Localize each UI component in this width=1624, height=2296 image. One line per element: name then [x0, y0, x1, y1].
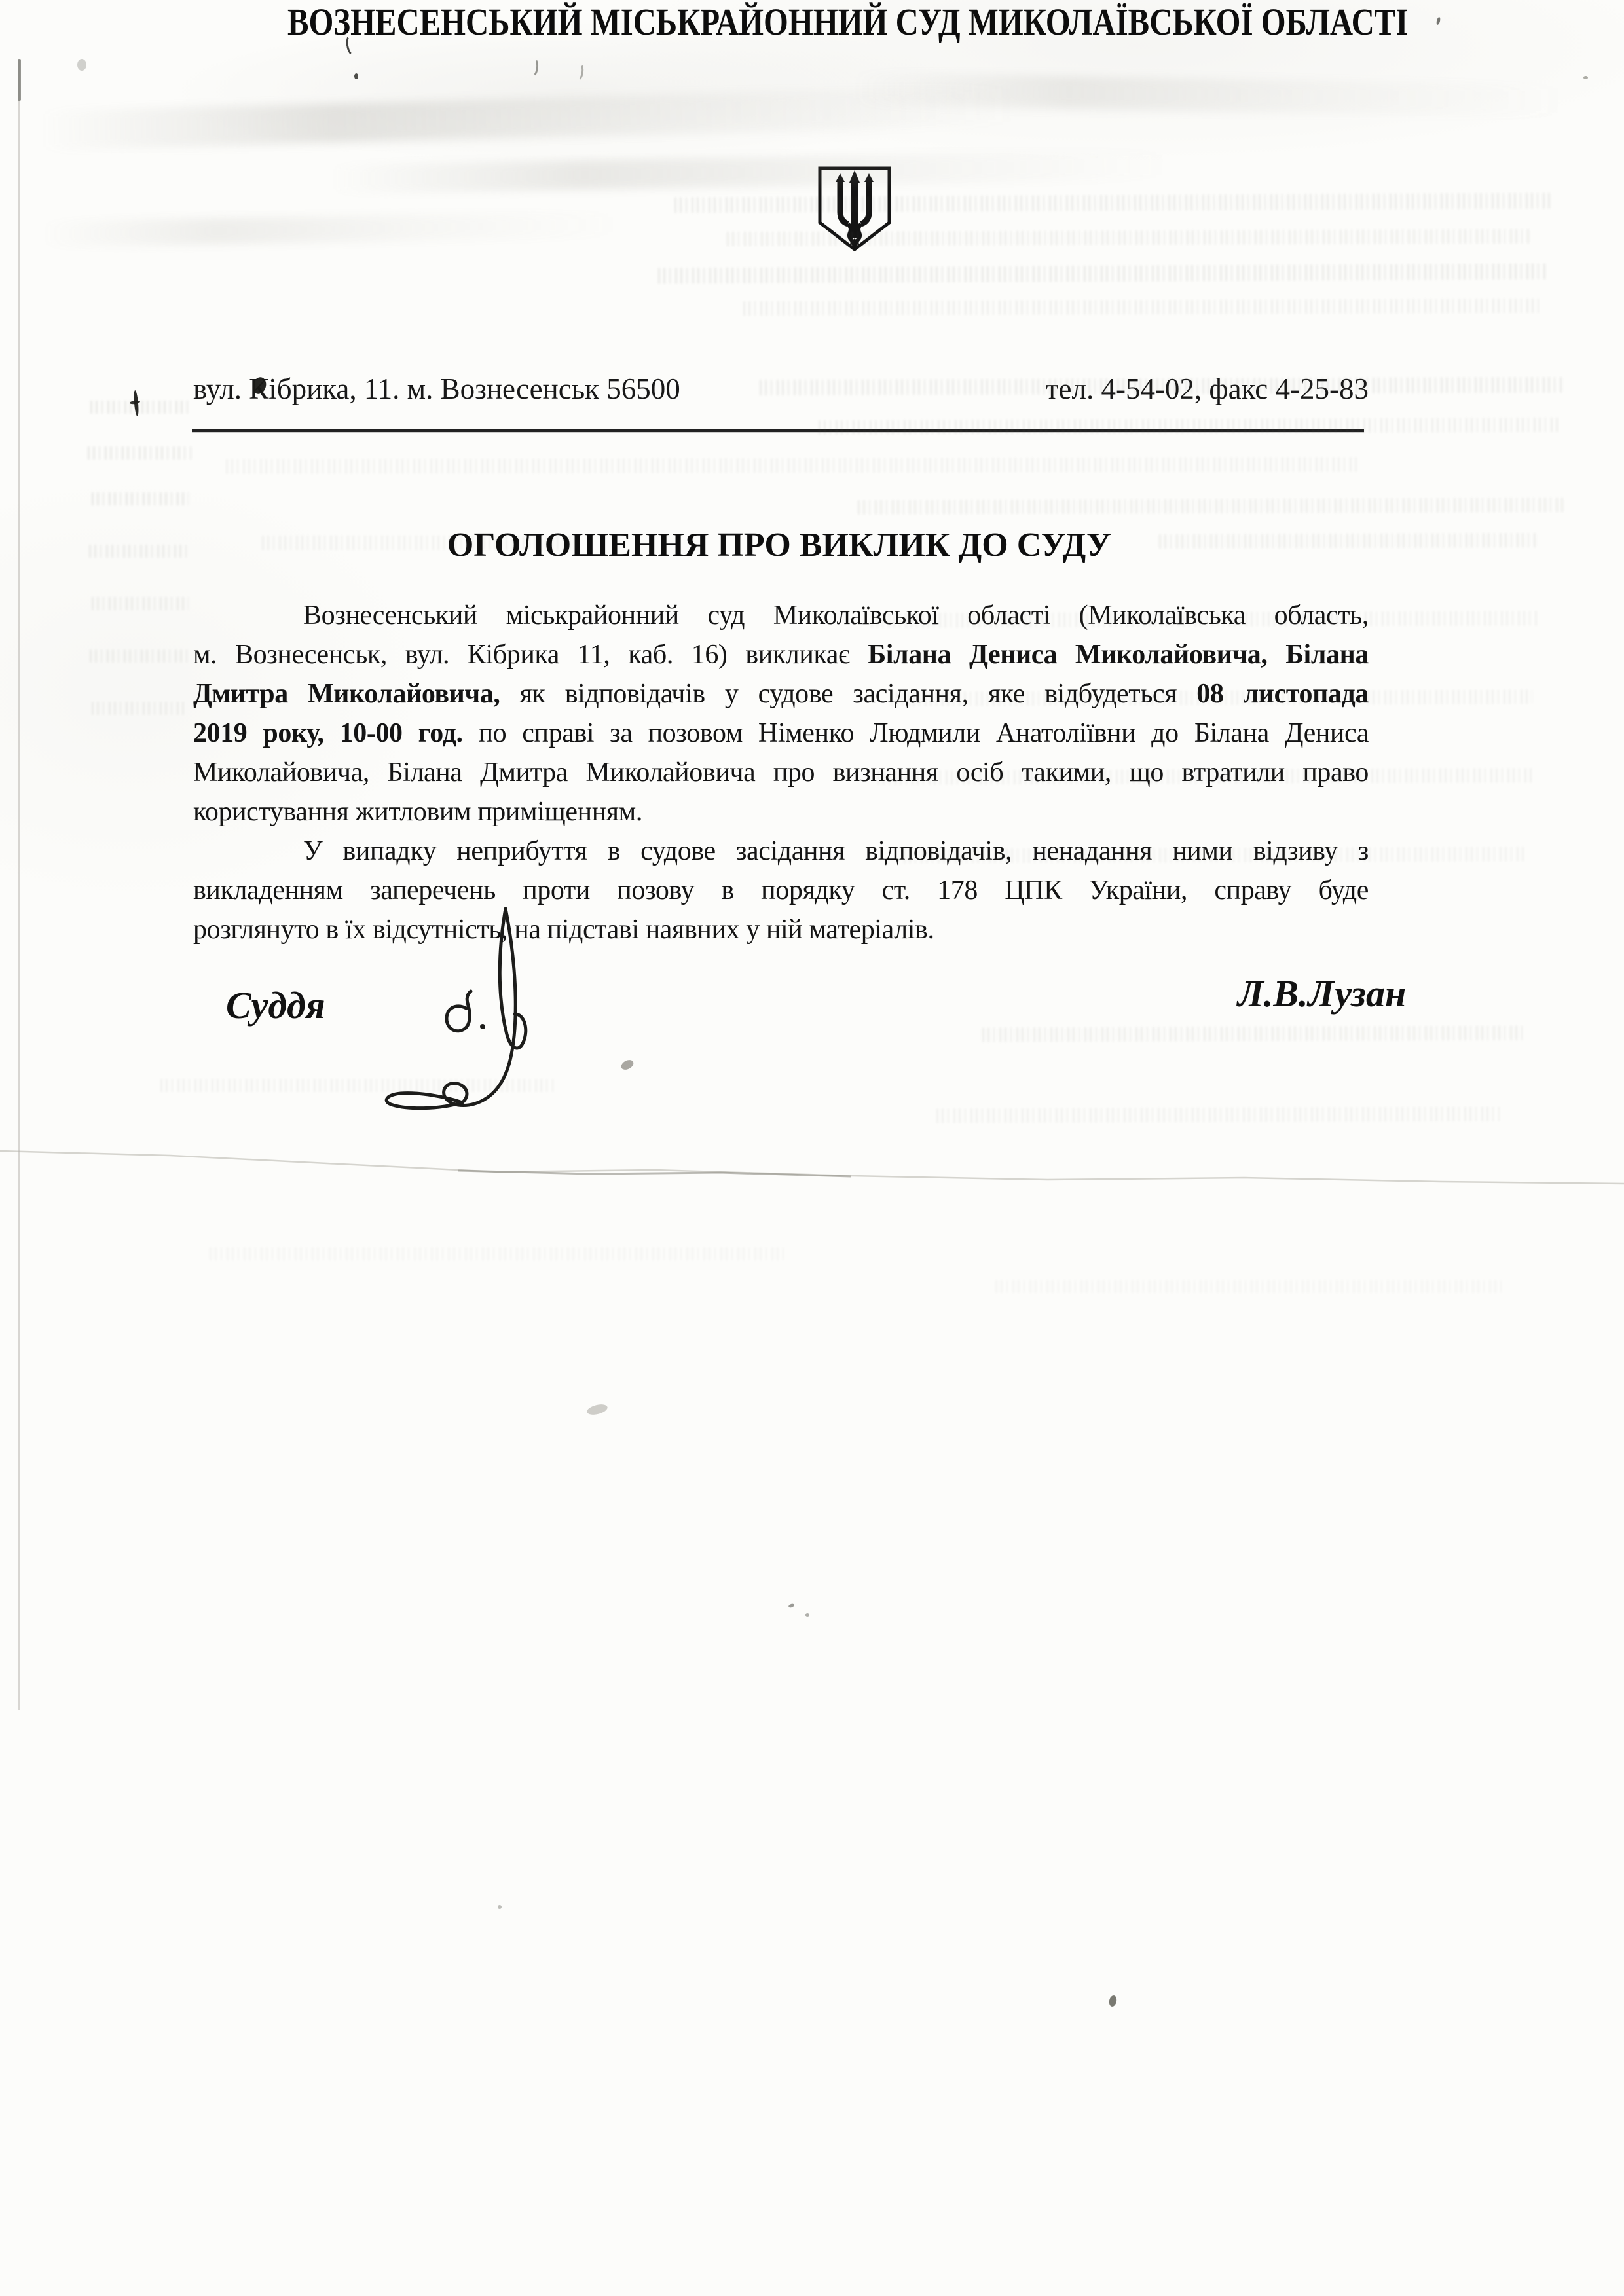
scan-smudge-band [39, 85, 1022, 150]
bleed-through-artifact [210, 1247, 786, 1260]
scan-speck [805, 1613, 809, 1617]
scanned-court-summons-page: ВОЗНЕСЕНСЬКИЙ МІСЬКРАЙОННИЙ СУД МИКОЛАЇВ… [0, 0, 1624, 2296]
body-run: Вознесенський міськрайонний суд Миколаїв… [303, 600, 1369, 630]
body-run-bold: 08 листопада [1196, 679, 1369, 709]
body-run-bold: Білана Дениса Миколайовича, Білана [868, 640, 1369, 670]
judge-role-label: Суддя [226, 983, 325, 1027]
body-run-bold: 2019 року, 10-00 год. [193, 718, 463, 748]
scan-smudge-band [327, 150, 1179, 194]
body-line: викладенням заперечень проти позову в по… [193, 871, 1369, 910]
bleed-through-artifact [92, 492, 189, 505]
scanner-edge-mark [18, 59, 21, 101]
court-contacts-row: вул. Кібрика, 11. м. Вознесенськ 56500 т… [193, 372, 1369, 406]
judge-name: Л.В.Лузан [1238, 972, 1406, 1015]
bleed-through-artifact [88, 446, 191, 460]
scan-scratch-line [0, 1151, 1624, 1184]
body-run: викладенням заперечень проти позову в по… [193, 875, 1369, 905]
scanner-edge-line [18, 60, 20, 1710]
scan-speck [572, 62, 585, 82]
scan-smudge-band [39, 211, 629, 247]
body-run: У випадку неприбуття в судове засідання … [303, 836, 1369, 866]
court-phone-fax: тел. 4-54-02, факс 4-25-83 [1046, 372, 1369, 406]
bleed-through-artifact [936, 1106, 1500, 1123]
scan-speck [788, 1603, 794, 1609]
scan-overlay-layer [0, 0, 1624, 2296]
scan-speck [1108, 1995, 1117, 2007]
bleed-through-artifact [658, 263, 1549, 283]
body-run-bold: Дмитра Миколайовича, [193, 679, 500, 709]
bleed-through-artifact [92, 597, 189, 610]
court-name-header: ВОЗНЕСЕНСЬКИЙ МІСЬКРАЙОННИЙ СУД МИКОЛАЇВ… [36, 0, 1624, 44]
body-line: Вознесенський міськрайонний суд Миколаїв… [193, 596, 1369, 635]
document-title: ОГОЛОШЕННЯ ПРО ВИКЛИК ДО СУДУ [0, 526, 1591, 564]
body-run: користування житловим приміщенням. [193, 797, 642, 827]
court-name-text: ВОЗНЕСЕНСЬКИЙ МІСЬКРАЙОННИЙ СУД МИКОЛАЇВ… [287, 0, 1408, 44]
scan-smudge-band [851, 72, 1572, 117]
bleed-through-artifact [674, 192, 1552, 213]
bleed-through-artifact [995, 1280, 1506, 1293]
bleed-through-artifact [858, 498, 1565, 515]
body-line: м. Вознесенськ, вул. Кібрика 11, каб. 16… [193, 635, 1369, 674]
scan-speck [133, 390, 139, 416]
bleed-through-artifact [90, 649, 188, 663]
scan-speck [586, 1402, 608, 1416]
bleed-through-artifact [819, 418, 1559, 435]
body-line: розглянуто в їх відсутність, на підставі… [193, 910, 1369, 949]
body-run: Миколайовича, Білана Дмитра Миколайовича… [193, 757, 1369, 788]
bleed-through-artifact [160, 1079, 553, 1092]
scan-speck [526, 57, 539, 78]
scan-speck [130, 400, 141, 405]
scan-speck [354, 73, 358, 79]
bleed-through-artifact [90, 401, 189, 414]
scan-speck [77, 59, 86, 71]
body-line: У випадку неприбуття в судове засідання … [193, 831, 1369, 871]
body-line: Миколайовича, Білана Дмитра Миколайовича… [193, 753, 1369, 792]
body-line: користування житловим приміщенням. [193, 792, 1369, 831]
body-line: 2019 року, 10-00 год. по справі за позов… [193, 714, 1369, 753]
scan-speck [619, 1058, 635, 1072]
body-run: як відповідачів у судове засідання, яке … [500, 679, 1196, 709]
scan-speck [498, 1905, 502, 1909]
bleed-through-artifact [743, 299, 1539, 316]
body-run: м. Вознесенськ, вул. Кібрика 11, каб. 16… [193, 640, 868, 670]
ukraine-trident-emblem-icon [817, 165, 893, 253]
scan-speck [1583, 76, 1588, 79]
bleed-through-artifact [226, 457, 1359, 473]
bleed-through-artifact [92, 702, 187, 715]
body-line: Дмитра Миколайовича, як відповідачів у с… [193, 674, 1369, 714]
bleed-through-artifact [982, 1026, 1526, 1042]
body-text: Вознесенський міськрайонний суд Миколаїв… [193, 596, 1369, 949]
header-divider-line [192, 429, 1364, 432]
court-address: вул. Кібрика, 11. м. Вознесенськ 56500 [193, 372, 680, 406]
body-run: по справі за позовом Німенко Людмили Ана… [463, 718, 1369, 748]
body-run: розглянуто в їх відсутність, на підставі… [193, 915, 934, 945]
